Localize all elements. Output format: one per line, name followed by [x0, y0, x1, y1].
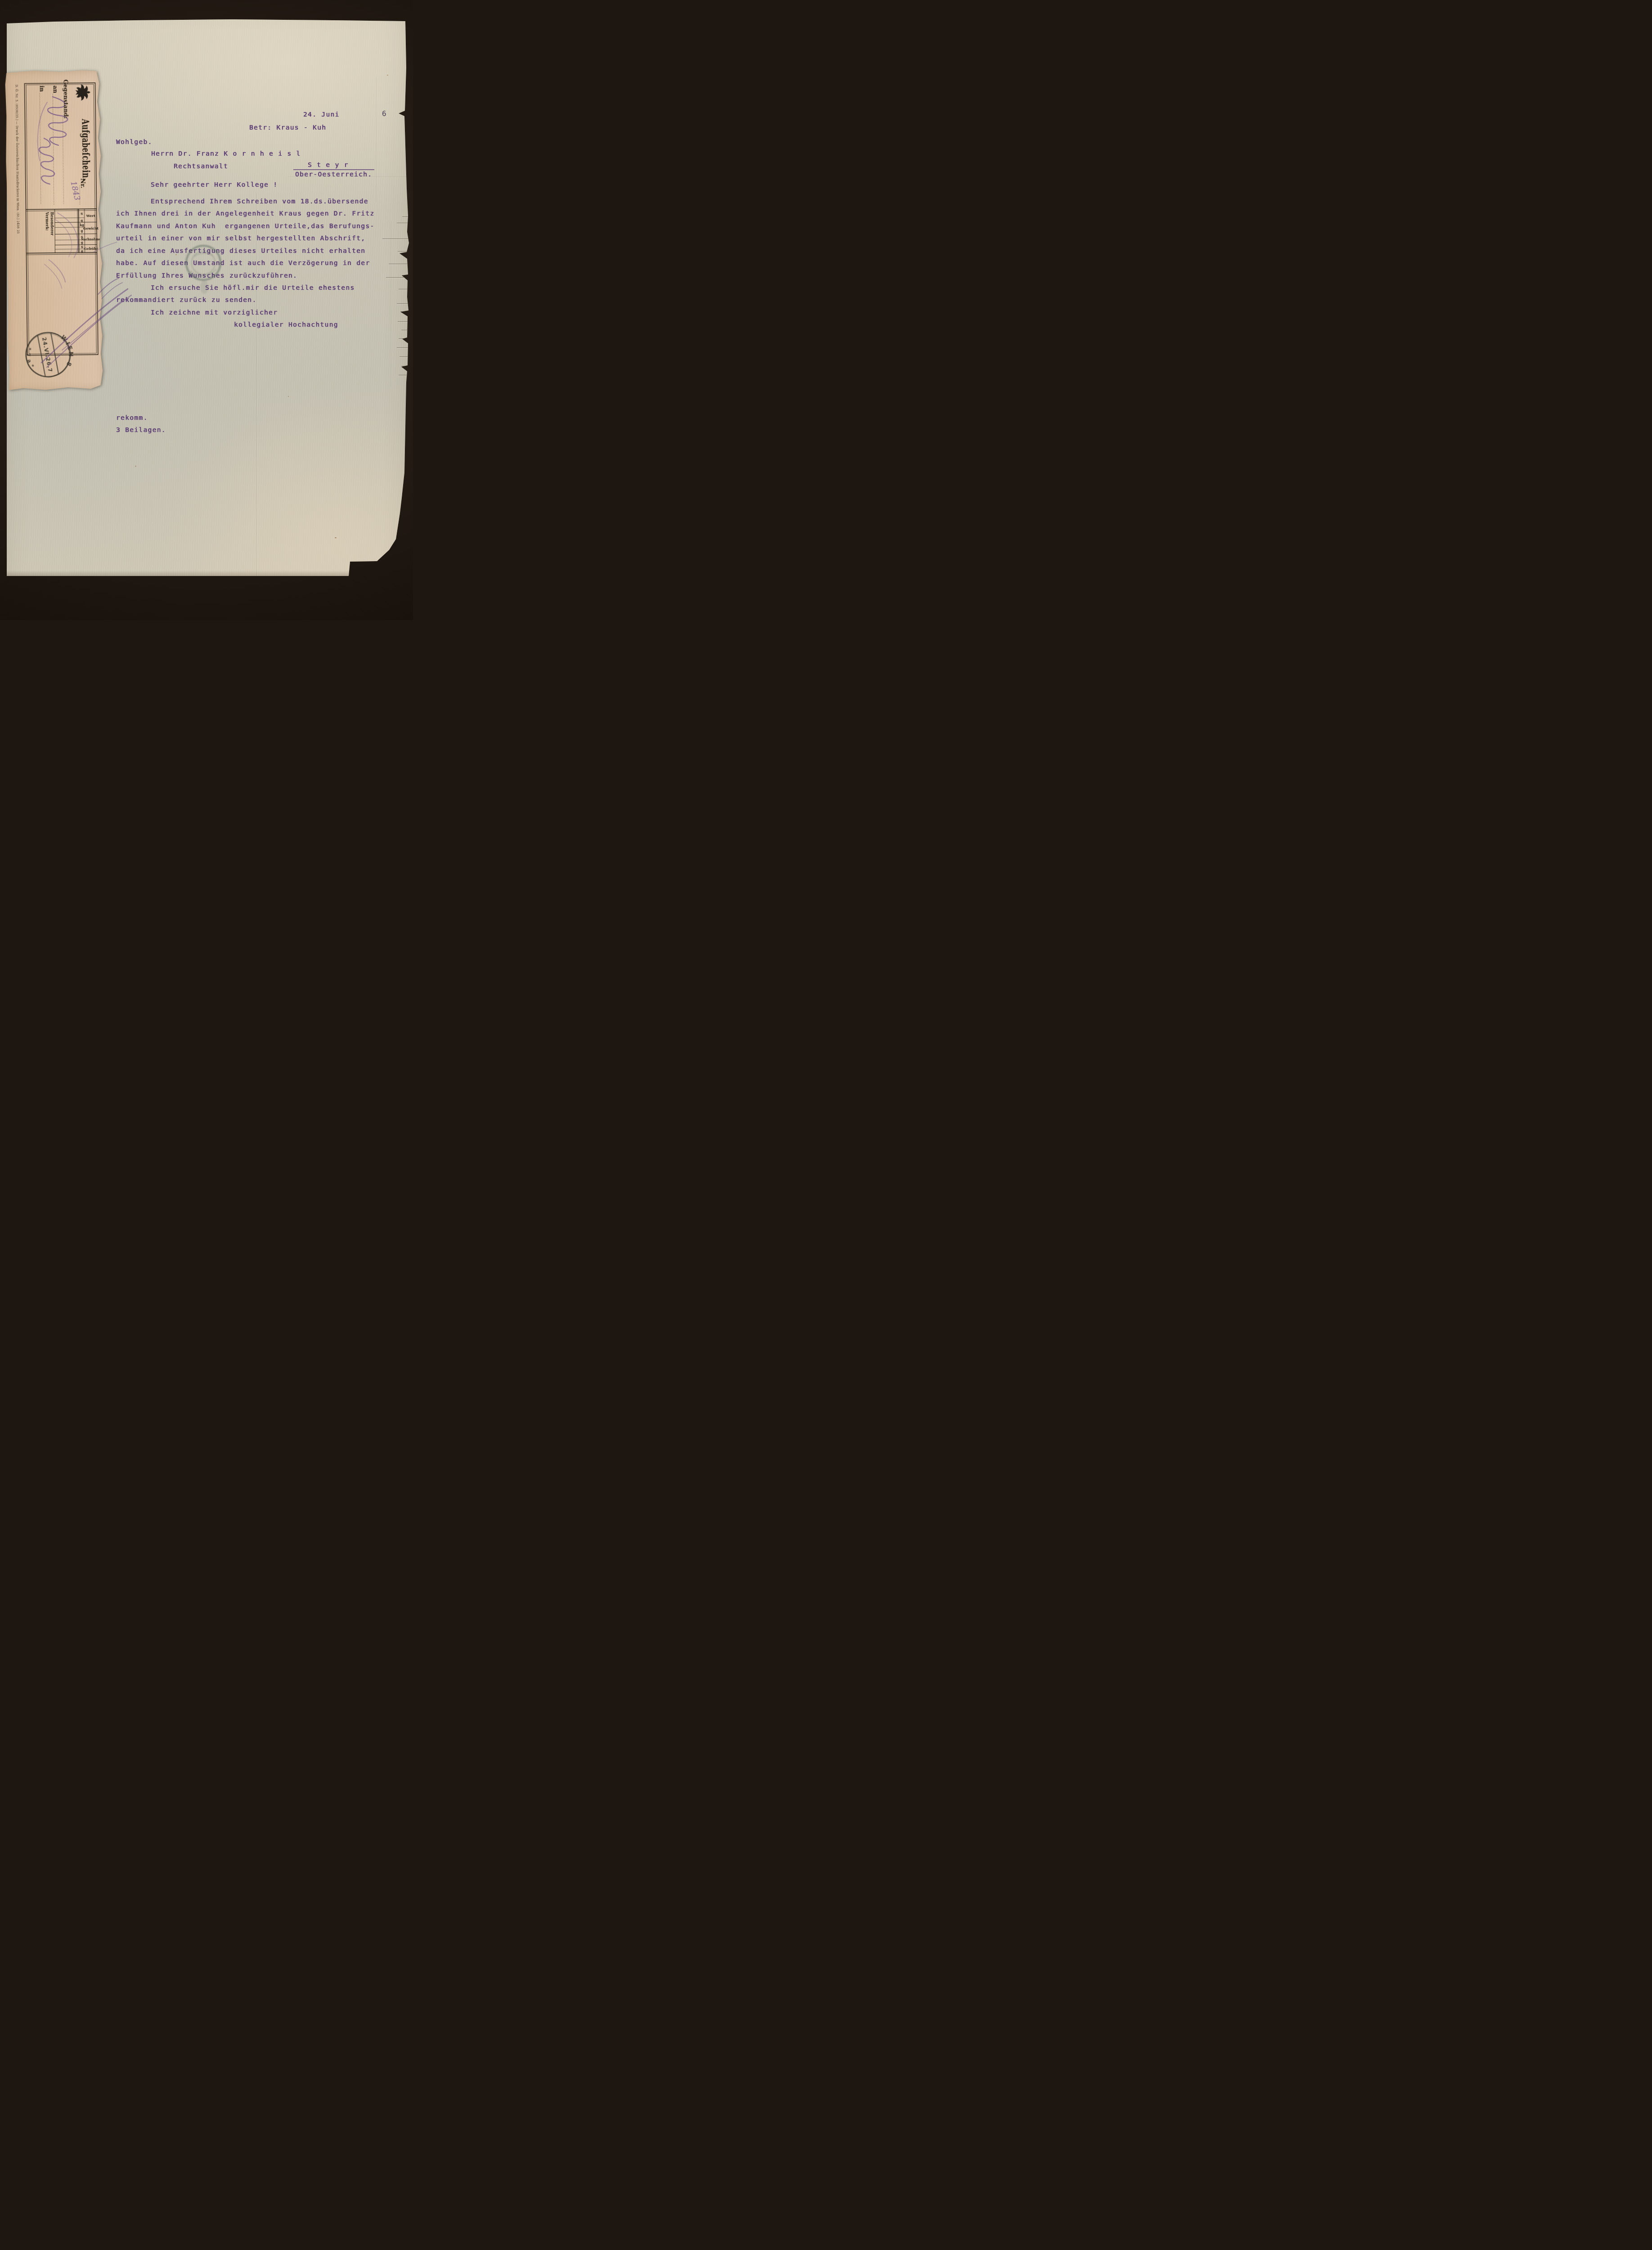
tear-crack [397, 303, 409, 304]
body-line: habe. Auf diesen Umstand ist auch die Ve… [116, 259, 370, 267]
body-line: da ich eine Ausfertigung dieses Urteiles… [116, 247, 365, 255]
tear-crack [386, 277, 409, 278]
tear-crack [382, 238, 409, 239]
tear-crack [397, 347, 409, 348]
receipt-title: Aufgabeſchein. [79, 119, 92, 181]
field-to-label: an [52, 85, 59, 93]
column-label-gebuehr: Gebühr [84, 246, 98, 250]
unit-label: g [81, 240, 83, 244]
archival-photo-stage: 24. Juni 6 Betr: Kraus - Kuh Wohlgeb. He… [0, 0, 413, 620]
unit-label: S [81, 211, 83, 216]
body-line: Kaufmann und Anton Kuh ergangenen Urteil… [116, 222, 375, 230]
postscript-line: rekomm. [116, 414, 148, 422]
region-line: Ober-Oesterreich. [295, 171, 372, 179]
field-object-label: Gegenstand: [62, 80, 69, 119]
column-label-nachnahme: Nachnahme [81, 237, 101, 241]
svg-text:WIEN 8: WIEN 8 [58, 333, 77, 369]
tear-crack [400, 356, 409, 357]
tear-crack [401, 330, 409, 330]
tear-crack [400, 311, 409, 312]
paper-speck [135, 466, 136, 467]
column-label-wert: Wert [86, 214, 95, 218]
recipient-title: Rechtsanwalt [174, 162, 228, 171]
postmark-code: * 7 a * [23, 346, 36, 370]
postmark-city: WIEN 8 [58, 333, 77, 369]
svg-text:* 7 a *: * 7 a * [23, 346, 36, 370]
salutation-line: Sehr geehrter Herr Kollege ! [151, 181, 278, 189]
tear-crack [399, 289, 409, 289]
tear-crack [398, 251, 409, 252]
field-in-label: in [39, 85, 45, 92]
paper-speck [387, 75, 388, 76]
postmark-stamp: WIEN 8 24.VI.26.7 * 7 a * [22, 328, 78, 381]
body-line: ich Ihnen drei in der Angelegenheit Krau… [116, 210, 375, 218]
unit-label: g [81, 249, 83, 253]
tear-crack [389, 264, 409, 264]
column-label-gewicht: Gewicht [83, 226, 99, 230]
tear-crack [402, 216, 409, 217]
tear-crack [397, 223, 409, 223]
unit-label: g [81, 218, 83, 222]
unit-label: g [81, 229, 83, 233]
recipient-line: Herrn Dr. Franz K o r n h e i s l [151, 150, 301, 158]
date-line: 24. Juni [303, 111, 340, 119]
postscript-line: 3 Beilagen. [116, 426, 166, 434]
postal-receipt: WIEN 8 24.VI.26.7 * 7 a * [4, 70, 104, 391]
unit-label: kg [80, 223, 84, 227]
body-line: urteil in einer von mir selbst hergestel… [116, 234, 365, 243]
tear-crack [401, 366, 409, 366]
faint-round-stamp [181, 243, 228, 296]
vertical-crease [376, 76, 377, 202]
closing-line: kollegialer Hochachtung [234, 321, 338, 329]
note-label: Vermerk: [45, 212, 49, 231]
honorific-line: Wohlgeb. [116, 138, 153, 146]
page-number: 6 [382, 109, 387, 118]
subject-line: Betr: Kraus - Kuh [249, 124, 326, 132]
unit-label: S [81, 245, 83, 249]
eagle-emblem-icon [76, 84, 90, 100]
paper-speck [335, 537, 337, 538]
unit-label: S [81, 235, 83, 239]
receipt-number-label: Nr. [79, 178, 86, 188]
note-label: Besonderer [49, 212, 54, 235]
receipt-slip: WIEN 8 24.VI.26.7 * 7 a * [4, 70, 104, 391]
tear-crack [399, 375, 409, 375]
body-line: Entsprechend Ihrem Schreiben vom 18.ds.ü… [151, 198, 368, 206]
vertical-crease [391, 220, 391, 387]
body-line: rekommandiert zurück zu senden. [116, 296, 256, 304]
paper-edge-shadow [7, 571, 403, 576]
city-line: S t e y r [308, 161, 349, 169]
closing-line: Ich zeichne mit vorziglicher [151, 309, 278, 317]
city-underline [293, 169, 374, 170]
paper-speck [288, 396, 289, 397]
tear-crack [399, 338, 409, 339]
tear-crack [398, 321, 409, 322]
